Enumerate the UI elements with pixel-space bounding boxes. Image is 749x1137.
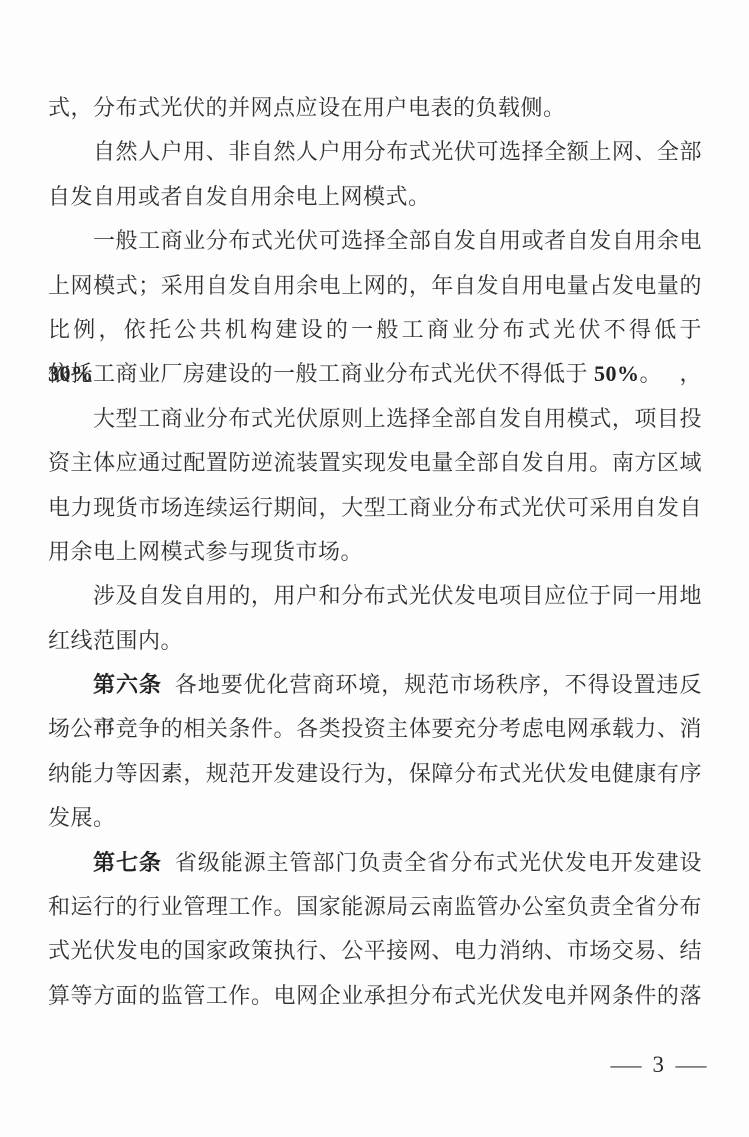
line-text: 涉及自发自用的，用户和分布式光伏发电项目应位于同一用地 [93,583,702,608]
text-line: 大型工商业分布式光伏原则上选择全部自发自用模式，项目投 [48,397,702,441]
page-footer: — 3 — [615,1048,703,1082]
text-line: 场公平竞争的相关条件。各类投资主体要充分考虑电网承载力、消 [48,707,702,751]
line-text: 资主体应通过配置防逆流装置实现发电量全部自发自用。南方区域 [48,450,702,475]
line-text: 和运行的行业管理工作。国家能源局云南监管办公室负责全省分布 [48,894,702,919]
text-line: 用余电上网模式参与现货市场。 [48,530,702,574]
article-6-header: 第六条 [93,672,162,697]
text-line: 第六条各地要优化营商环境，规范市场秩序，不得设置违反市 [48,663,702,707]
line-text: 电力现货市场连续运行期间，大型工商业分布式光伏可采用自发自 [48,495,702,520]
text-line: 上网模式；采用自发自用余电上网的，年自发自用电量占发电量的 [48,264,702,308]
text-line: 依托工商业厂房建设的一般工商业分布式光伏不得低于 50%。 [48,352,702,396]
line-text: 发展。 [48,805,116,830]
line-text: 场公平竞争的相关条件。各类投资主体要充分考虑电网承载力、消 [48,716,702,741]
text-line: 资主体应通过配置防逆流装置实现发电量全部自发自用。南方区域 [48,441,702,485]
line-text: 比例，依托公共机构建设的一般工商业分布式光伏不得低于 [48,317,702,342]
line-text: 上网模式；采用自发自用余电上网的，年自发自用电量占发电量的 [48,273,702,298]
line-text: 。 [640,361,663,386]
line-text: 红线范围内。 [48,628,183,653]
text-line: 纳能力等因素，规范开发建设行为，保障分布式光伏发电健康有序 [48,752,702,796]
text-line: 式，分布式光伏的并网点应设在用户电表的负载侧。 [48,86,702,130]
text-line: 涉及自发自用的，用户和分布式光伏发电项目应位于同一用地 [48,574,702,618]
text-line: 式光伏发电的国家政策执行、公平接网、电力消纳、市场交易、结 [48,929,702,973]
line-text: 省级能源主管部门负责全省分布式光伏发电开发建设 [175,850,702,875]
footer-dash-right: — [676,1052,707,1078]
text-line: 自发自用或者自发自用余电上网模式。 [48,175,702,219]
text-line: 一般工商业分布式光伏可选择全部自发自用或者自发自用余电 [48,219,702,263]
page-number: 3 [653,1052,665,1078]
article-7-header: 第七条 [93,850,162,875]
line-text: 自然人户用、非自然人户用分布式光伏可选择全额上网、全部 [93,139,702,164]
text-line: 发展。 [48,796,702,840]
line-text: 用余电上网模式参与现货市场。 [48,539,363,564]
text-line: 和运行的行业管理工作。国家能源局云南监管办公室负责全省分布 [48,885,702,929]
text-line: 算等方面的监管工作。电网企业承担分布式光伏发电并网条件的落 [48,974,702,1018]
text-line: 电力现货市场连续运行期间，大型工商业分布式光伏可采用自发自 [48,486,702,530]
line-text: 一般工商业分布式光伏可选择全部自发自用或者自发自用余电 [93,228,702,253]
line-text: 纳能力等因素，规范开发建设行为，保障分布式光伏发电健康有序 [48,761,702,786]
line-text: 式光伏发电的国家政策执行、公平接网、电力消纳、市场交易、结 [48,938,702,963]
text-line: 第七条省级能源主管部门负责全省分布式光伏发电开发建设 [48,841,702,885]
footer-dash-left: — [610,1052,641,1078]
line-text: 算等方面的监管工作。电网企业承担分布式光伏发电并网条件的落 [48,983,702,1008]
line-text: 大型工商业分布式光伏原则上选择全部自发自用模式，项目投 [93,406,702,431]
document-body: 式，分布式光伏的并网点应设在用户电表的负载侧。 自然人户用、非自然人户用分布式光… [48,86,702,1018]
line-text: 依托工商业厂房建设的一般工商业分布式光伏不得低于 [48,361,594,386]
line-text: 自发自用或者自发自用余电上网模式。 [48,184,431,209]
line-text: 式，分布式光伏的并网点应设在用户电表的负载侧。 [48,95,566,120]
text-line: 红线范围内。 [48,619,702,663]
percent-value: 50% [594,361,640,386]
text-line: 比例，依托公共机构建设的一般工商业分布式光伏不得低于 30%， [48,308,702,352]
document-page: 式，分布式光伏的并网点应设在用户电表的负载侧。 自然人户用、非自然人户用分布式光… [0,0,749,1137]
text-line: 自然人户用、非自然人户用分布式光伏可选择全额上网、全部 [48,130,702,174]
